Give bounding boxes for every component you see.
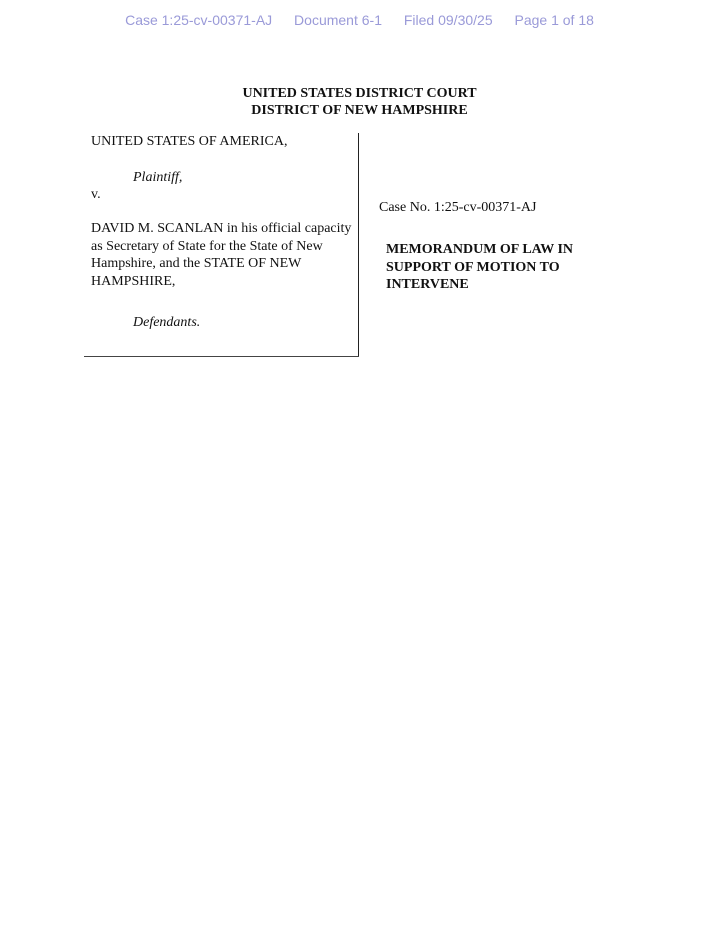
versus-label: v.: [91, 186, 101, 204]
stamp-page-count: Page 1 of 18: [515, 12, 594, 28]
court-district: DISTRICT OF NEW HAMPSHIRE: [0, 102, 719, 119]
stamp-document-number: Document 6-1: [294, 12, 382, 28]
caption-vertical-divider: [358, 133, 359, 357]
defendant-label: Defendants.: [133, 314, 200, 332]
caption-bottom-divider: [84, 356, 359, 357]
document-title: MEMORANDUM OF LAW IN SUPPORT OF MOTION T…: [386, 241, 606, 294]
filing-header-stamp: Case 1:25-cv-00371-AJ Document 6-1 Filed…: [0, 12, 719, 28]
court-name: UNITED STATES DISTRICT COURT: [0, 85, 719, 102]
stamp-case-number: Case 1:25-cv-00371-AJ: [125, 12, 272, 28]
defendant-name: DAVID M. SCANLAN in his official capacit…: [91, 220, 356, 290]
plaintiff-label: Plaintiff,: [133, 169, 182, 187]
court-title: UNITED STATES DISTRICT COURT DISTRICT OF…: [0, 85, 719, 119]
stamp-filed-date: Filed 09/30/25: [404, 12, 493, 28]
plaintiff-name: UNITED STATES OF AMERICA,: [91, 133, 287, 151]
case-number: Case No. 1:25-cv-00371-AJ: [379, 200, 536, 216]
